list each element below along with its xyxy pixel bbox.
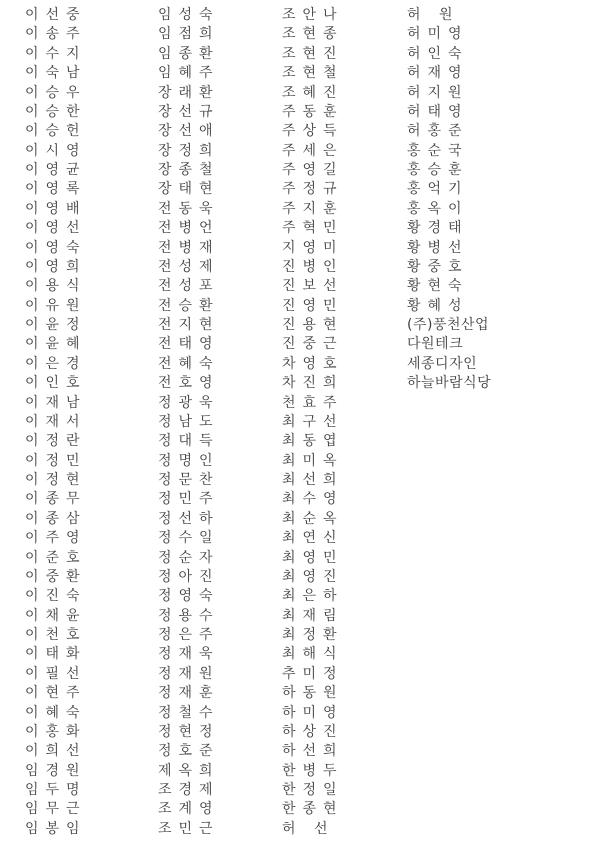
list-item: 조민근	[158, 820, 220, 839]
list-item: 하상진	[282, 723, 344, 742]
list-item: 장선애	[158, 122, 220, 141]
list-item: 이영록	[25, 180, 87, 199]
list-item: 장태현	[158, 180, 220, 199]
list-item: 전병재	[158, 239, 220, 258]
list-item: 제옥희	[158, 762, 220, 781]
list-item: 정순자	[158, 549, 220, 568]
list-item: 최구선	[282, 413, 344, 432]
list-item: 최동엽	[282, 432, 344, 451]
list-item: 허재영	[407, 64, 491, 83]
list-item: 정광욱	[158, 394, 220, 413]
list-item: 장선규	[158, 103, 220, 122]
list-item: 주동훈	[282, 103, 344, 122]
list-item: 임점희	[158, 25, 220, 44]
list-item: 이윤정	[25, 316, 87, 335]
list-item: 허태영	[407, 103, 491, 122]
list-item: 하늘바람식당	[407, 374, 491, 393]
list-item: 한정일	[282, 781, 344, 800]
list-item: 이재남	[25, 394, 87, 413]
list-item: 이영희	[25, 258, 87, 277]
list-item: 허지원	[407, 84, 491, 103]
list-item: 이인호	[25, 374, 87, 393]
list-item: 허미영	[407, 25, 491, 44]
list-item: 정철수	[158, 704, 220, 723]
list-item: 황경태	[407, 219, 491, 238]
list-item: 이천호	[25, 626, 87, 645]
list-item: 정남도	[158, 413, 220, 432]
list-item: 최재림	[282, 607, 344, 626]
list-item: 허홍준	[407, 122, 491, 141]
list-item: 정대득	[158, 432, 220, 451]
list-item: 이현주	[25, 684, 87, 703]
list-item: 정재욱	[158, 645, 220, 664]
list-item: 이주영	[25, 529, 87, 548]
list-item: 황병선	[407, 239, 491, 258]
document-page: 이선중이송주이수지이숙남이승우이승한이승헌이시영이영균이영록이영배이영선이영숙이…	[0, 0, 600, 851]
list-item: 이희선	[25, 742, 87, 761]
list-item: 진병인	[282, 258, 344, 277]
list-item: 하선희	[282, 742, 344, 761]
list-item: 전지현	[158, 316, 220, 335]
list-item: 조안나	[282, 6, 344, 25]
list-item: 주영길	[282, 161, 344, 180]
list-item: 최영민	[282, 549, 344, 568]
list-item: 최미옥	[282, 452, 344, 471]
list-item: 정은주	[158, 626, 220, 645]
list-item: 진보선	[282, 277, 344, 296]
list-item: 천효주	[282, 394, 344, 413]
list-item: 이승우	[25, 84, 87, 103]
list-item: 이정현	[25, 471, 87, 490]
name-column-2: 임성숙임점희임종환임혜주장래환장선규장선애장정희장종철장태현전동욱전병언전병재전…	[158, 6, 220, 839]
list-item: 이정민	[25, 452, 87, 471]
list-item: 이영배	[25, 200, 87, 219]
list-item: 임무근	[25, 800, 87, 819]
list-item: 정용수	[158, 607, 220, 626]
list-item: 차영호	[282, 355, 344, 374]
list-item: 이선중	[25, 6, 87, 25]
list-item: 이송주	[25, 25, 87, 44]
list-item: 정선하	[158, 510, 220, 529]
list-item: 전성제	[158, 258, 220, 277]
list-item: 정수일	[158, 529, 220, 548]
list-item: 전태영	[158, 335, 220, 354]
list-item: 한종현	[282, 800, 344, 819]
list-item: 홍옥이	[407, 200, 491, 219]
list-item: 최순옥	[282, 510, 344, 529]
list-item: 정재훈	[158, 684, 220, 703]
list-item: 조혜진	[282, 84, 344, 103]
list-item: 이윤혜	[25, 335, 87, 354]
list-item: 이유원	[25, 297, 87, 316]
list-item: 최수영	[282, 490, 344, 509]
list-item: 최은하	[282, 587, 344, 606]
list-item: 전성포	[158, 277, 220, 296]
list-item: 이영선	[25, 219, 87, 238]
list-item: 이은경	[25, 355, 87, 374]
list-item: 장종철	[158, 161, 220, 180]
list-item: 주상득	[282, 122, 344, 141]
list-item: 임경원	[25, 762, 87, 781]
list-item: 전동욱	[158, 200, 220, 219]
list-item: 홍순국	[407, 142, 491, 161]
list-item: 조현진	[282, 45, 344, 64]
list-item: 이태화	[25, 645, 87, 664]
list-item: 정문찬	[158, 471, 220, 490]
list-item: 홍억기	[407, 180, 491, 199]
list-item: 허 선	[282, 820, 344, 839]
list-item: 이수지	[25, 45, 87, 64]
list-item: 이진숙	[25, 587, 87, 606]
list-item: 임성숙	[158, 6, 220, 25]
list-item: 하동원	[282, 684, 344, 703]
list-item: 이홍화	[25, 723, 87, 742]
list-item: 이재서	[25, 413, 87, 432]
list-item: 하미영	[282, 704, 344, 723]
list-item: 주혁민	[282, 219, 344, 238]
list-item: 이종무	[25, 490, 87, 509]
list-item: 정영숙	[158, 587, 220, 606]
list-item: 정명인	[158, 452, 220, 471]
list-item: 진영민	[282, 297, 344, 316]
list-item: 이용식	[25, 277, 87, 296]
list-item: 지영미	[282, 239, 344, 258]
list-item: 조계영	[158, 800, 220, 819]
list-item: 정재원	[158, 665, 220, 684]
list-item: 진용현	[282, 316, 344, 335]
list-item: 이채윤	[25, 607, 87, 626]
list-item: 이승한	[25, 103, 87, 122]
list-item: 이영숙	[25, 239, 87, 258]
list-item: 임혜주	[158, 64, 220, 83]
name-column-4: 허 원허미영허인숙허재영허지원허태영허홍준홍순국홍승훈홍억기홍옥이황경태황병선황…	[407, 6, 491, 394]
list-item: 차진희	[282, 374, 344, 393]
list-item: 전승환	[158, 297, 220, 316]
list-item: 정아진	[158, 568, 220, 587]
list-item: 이숙남	[25, 64, 87, 83]
list-item: 홍승훈	[407, 161, 491, 180]
list-item: 이필선	[25, 665, 87, 684]
list-item: 최연신	[282, 529, 344, 548]
list-item: 임봉임	[25, 820, 87, 839]
list-item: 주세은	[282, 142, 344, 161]
list-item: 한병두	[282, 762, 344, 781]
list-item: 정현정	[158, 723, 220, 742]
list-item: 황중호	[407, 258, 491, 277]
list-item: 임두명	[25, 781, 87, 800]
list-item: 장정희	[158, 142, 220, 161]
list-item: 주정규	[282, 180, 344, 199]
list-item: 최선희	[282, 471, 344, 490]
list-item: 이준호	[25, 549, 87, 568]
list-item: 최영진	[282, 568, 344, 587]
list-item: 황현숙	[407, 277, 491, 296]
list-item: 이혜숙	[25, 704, 87, 723]
list-item: 허인숙	[407, 45, 491, 64]
list-item: 전혜숙	[158, 355, 220, 374]
list-item: 정민주	[158, 490, 220, 509]
list-item: 정호준	[158, 742, 220, 761]
list-item: 전호영	[158, 374, 220, 393]
list-item: 추미정	[282, 665, 344, 684]
name-column-3: 조안나조현종조현진조현철조혜진주동훈주상득주세은주영길주정규주지훈주혁민지영미진…	[282, 6, 344, 839]
name-column-1: 이선중이송주이수지이숙남이승우이승한이승헌이시영이영균이영록이영배이영선이영숙이…	[25, 6, 87, 839]
list-item: 전병언	[158, 219, 220, 238]
list-item: 이시영	[25, 142, 87, 161]
list-item: 이영균	[25, 161, 87, 180]
list-item: 최해식	[282, 645, 344, 664]
list-item: 최정환	[282, 626, 344, 645]
list-item: 이정란	[25, 432, 87, 451]
list-item: (주)풍천산업	[407, 316, 491, 335]
list-item: 황혜성	[407, 297, 491, 316]
list-item: 이승헌	[25, 122, 87, 141]
list-item: 장래환	[158, 84, 220, 103]
list-item: 다원테크	[407, 335, 491, 354]
list-item: 이종삼	[25, 510, 87, 529]
list-item: 진중근	[282, 335, 344, 354]
list-item: 이중환	[25, 568, 87, 587]
list-item: 조경제	[158, 781, 220, 800]
list-item: 조현철	[282, 64, 344, 83]
list-item: 세종디자인	[407, 355, 491, 374]
list-item: 임종환	[158, 45, 220, 64]
list-item: 조현종	[282, 25, 344, 44]
list-item: 주지훈	[282, 200, 344, 219]
list-item: 허 원	[407, 6, 491, 25]
